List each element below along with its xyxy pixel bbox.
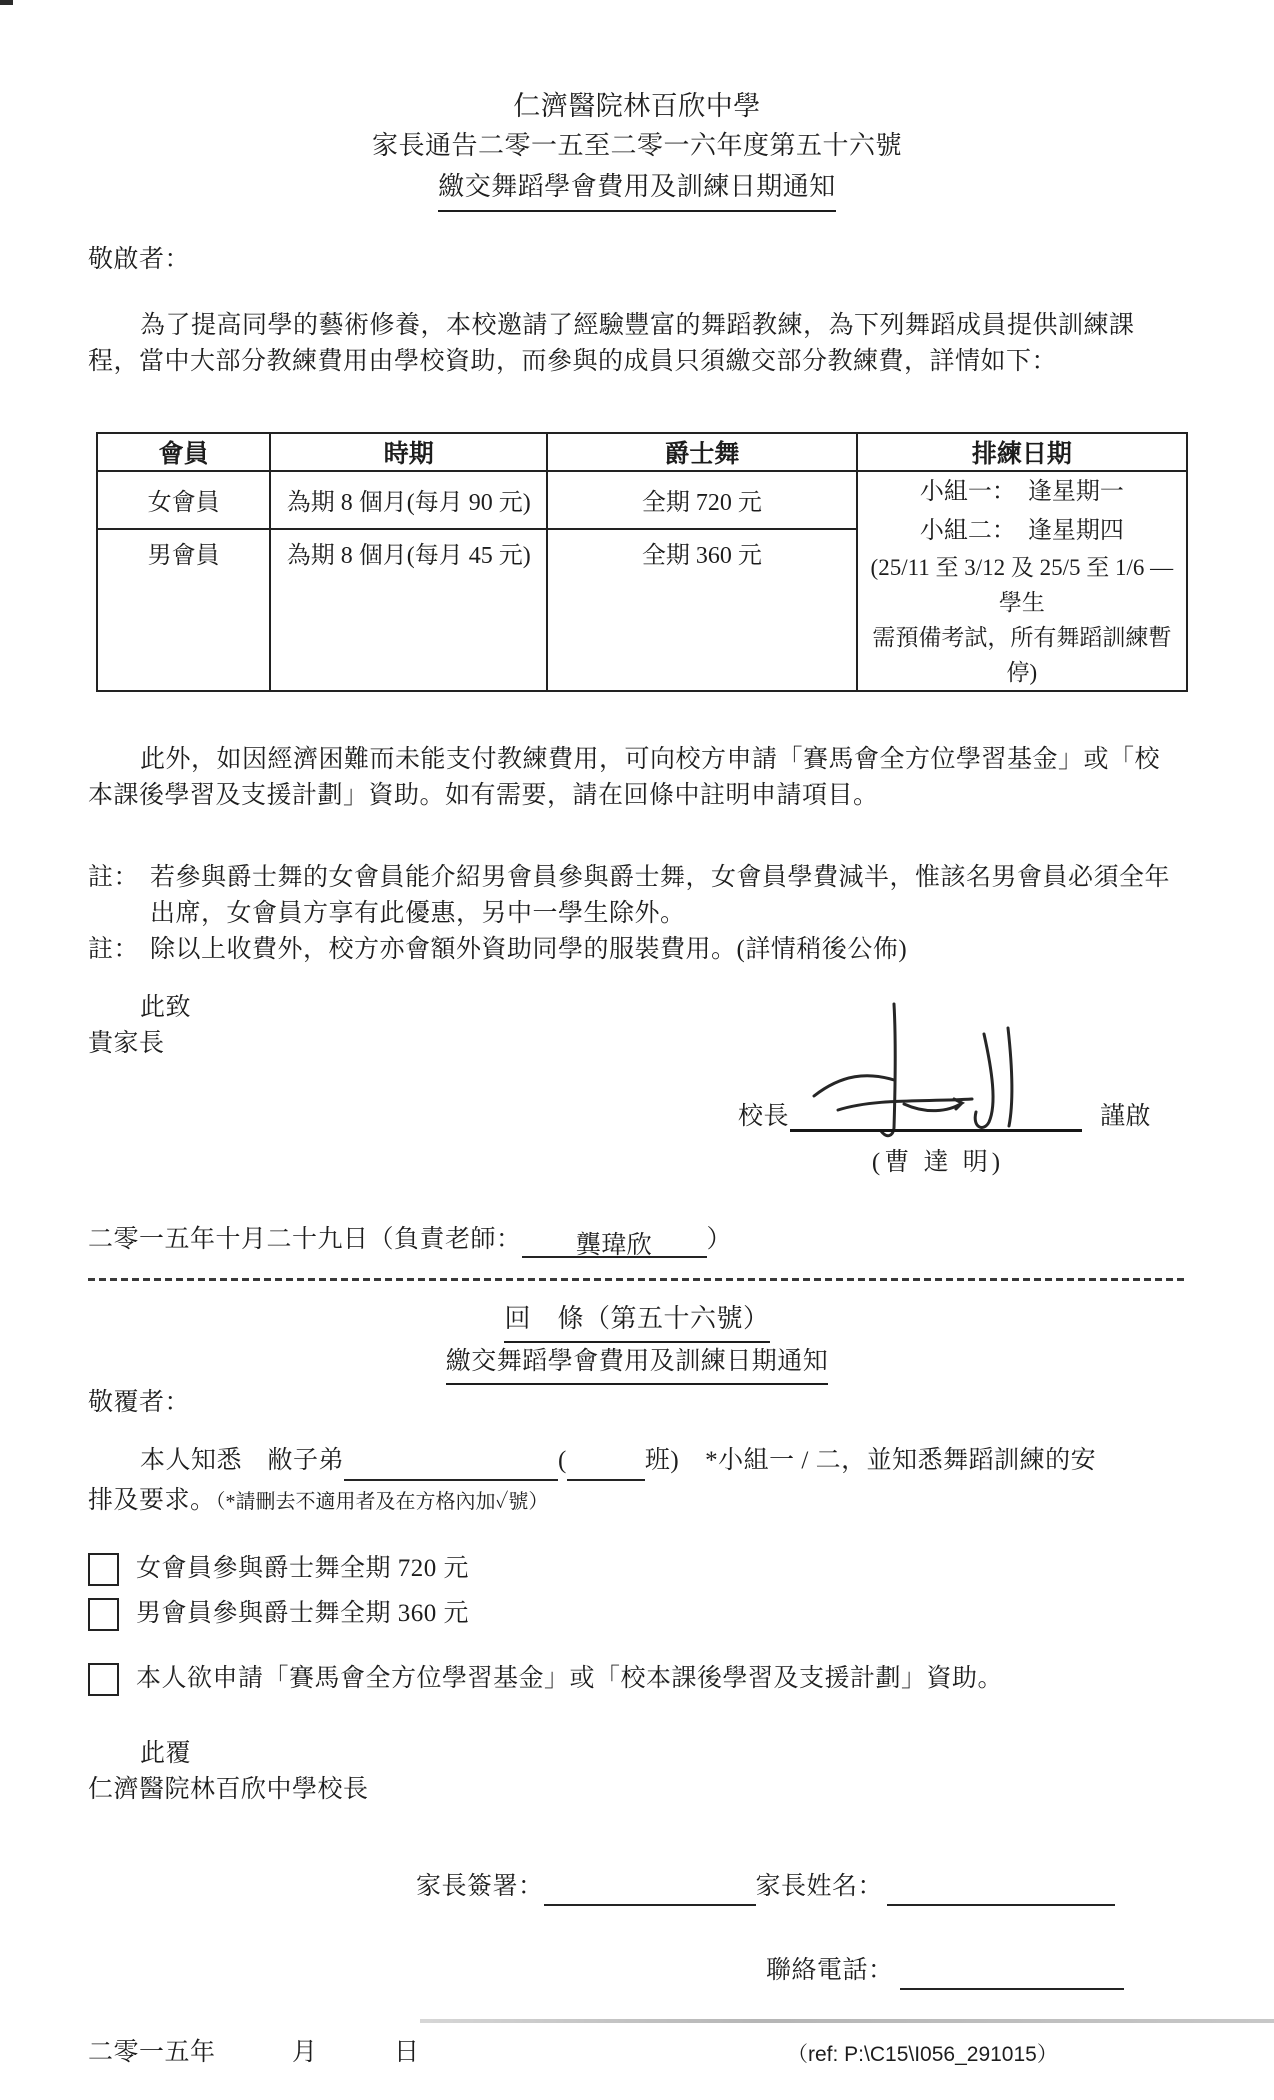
teacher-name: 龔瑋欣 bbox=[522, 1228, 707, 1258]
signature-block: 校長 謹啟 (曹 達 明) bbox=[88, 1062, 1186, 1184]
parent-signature-blank bbox=[544, 1876, 756, 1906]
fee-table: 會員 時期 爵士舞 排練日期 女會員 為期 8 個月(每月 90 元) 全期 7… bbox=[96, 432, 1188, 692]
female-fee-cell: 全期 720 元 bbox=[547, 471, 857, 529]
reply-slip-title-text: 回 條（第五十六號） bbox=[504, 1299, 769, 1343]
scan-artifact-line bbox=[420, 2019, 1274, 2023]
schedule-group-1: 小組一： 逢星期一 bbox=[864, 472, 1180, 512]
female-period-cell: 為期 8 個月(每月 90 元) bbox=[270, 471, 547, 529]
parent-sign-row: 家長簽署：家長姓名： bbox=[416, 1868, 1186, 1906]
checkbox-female-jazz[interactable] bbox=[88, 1553, 119, 1586]
respect-label: 謹啟 bbox=[1100, 1096, 1151, 1132]
col-header-jazz: 爵士舞 bbox=[547, 433, 857, 471]
reply-closing-recipient: 仁濟醫院林百欣中學校長 bbox=[88, 1772, 1186, 1808]
male-period-cell: 為期 8 個月(每月 45 元) bbox=[270, 529, 547, 691]
schedule-group-2: 小組二： 逢星期四 bbox=[864, 512, 1180, 550]
reply-salutation: 敬覆者： bbox=[88, 1385, 1186, 1421]
reply-seg-3: 班) bbox=[645, 1447, 679, 1474]
parent-name-blank bbox=[887, 1876, 1115, 1906]
class-blank bbox=[567, 1451, 645, 1481]
col-header-schedule: 排練日期 bbox=[857, 433, 1187, 471]
student-name-blank bbox=[344, 1451, 558, 1481]
subsidy-line-2: 本課後學習及支援計劃」資助。如有需要，請在回條中註明申請項目。 bbox=[88, 778, 1186, 814]
col-header-member: 會員 bbox=[97, 433, 270, 471]
reply-closing-cifu: 此覆 bbox=[88, 1736, 1186, 1772]
reply-body: 本人知悉 敝子弟(班)*小組一 / 二，並知悉舞蹈訓練的安 排及要求。（*請刪去… bbox=[88, 1441, 1186, 1522]
issue-date-suffix: ） bbox=[707, 1226, 733, 1253]
issue-date-line: 二零一五年十月二十九日（負責老師：龔瑋欣） bbox=[88, 1222, 1186, 1258]
parent-signature-label: 家長簽署： bbox=[416, 1873, 544, 1900]
option-subsidy-label: 本人欲申請「賽馬會全方位學習基金」或「校本課後學習及支援計劃」資助。 bbox=[136, 1662, 1003, 1696]
notes-section: 註： 若參與爵士舞的女會員能介紹男會員參與爵士舞，女會員學費減半，惟該名男會員必… bbox=[88, 860, 1186, 968]
note-1-text: 若參與爵士舞的女會員能介紹男會員參與爵士舞，女會員學費減半，惟該名男會員必須全年… bbox=[150, 860, 1186, 932]
schedule-cell: 小組一： 逢星期一 小組二： 逢星期四 (25/11 至 3/12 及 25/5… bbox=[857, 471, 1187, 691]
reply-seg-2: ( bbox=[558, 1447, 567, 1474]
col-header-period: 時期 bbox=[270, 433, 547, 471]
note-2-label: 註： bbox=[88, 932, 150, 968]
reply-slip-subject: 繳交舞蹈學會費用及訓練日期通知 bbox=[88, 1343, 1186, 1385]
salutation: 敬啟者： bbox=[88, 242, 1186, 278]
intro-paragraph: 為了提高同學的藝術修養，本校邀請了經驗豐富的舞蹈教練，為下列舞蹈成員提供訓練課 … bbox=[88, 308, 1186, 380]
reply-slip-subject-text: 繳交舞蹈學會費用及訓練日期通知 bbox=[446, 1343, 829, 1385]
note-2-text: 除以上收費外，校方亦會額外資助同學的服裝費用。(詳情稍後公佈) bbox=[150, 932, 1186, 968]
reply-date-blank: 二零一五年 月 日 bbox=[88, 2039, 420, 2066]
schedule-exam-note-2: 需預備考試，所有舞蹈訓練暫停) bbox=[864, 620, 1180, 690]
scanned-notice-page: 仁濟醫院林百欣中學 家長通告二零一五至二零一六年度第五十六號 繳交舞蹈學會費用及… bbox=[0, 0, 1274, 2100]
option-male-jazz: 男會員參與爵士舞全期 360 元 bbox=[88, 1597, 1186, 1631]
option-subsidy: 本人欲申請「賽馬會全方位學習基金」或「校本課後學習及支援計劃」資助。 bbox=[88, 1662, 1186, 1696]
bottom-row: 二零一五年 月 日 （ref: P:\C15\I056_291015） bbox=[88, 2034, 1186, 2072]
delete-inapplicable-note: （*請刪去不適用者及在方格內加✓號） bbox=[216, 1491, 549, 1513]
checkbox-male-jazz[interactable] bbox=[88, 1598, 119, 1631]
option-female-jazz: 女會員參與爵士舞全期 720 元 bbox=[88, 1552, 1186, 1586]
male-fee-cell: 全期 360 元 bbox=[547, 529, 857, 691]
notice-number: 家長通告二零一五至二零一六年度第五十六號 bbox=[88, 126, 1186, 166]
phone-blank bbox=[900, 1960, 1124, 1990]
options-list: 女會員參與爵士舞全期 720 元 男會員參與爵士舞全期 360 元 本人欲申請「… bbox=[88, 1552, 1186, 1696]
cut-line-divider bbox=[88, 1278, 1186, 1281]
male-member-cell: 男會員 bbox=[97, 529, 270, 691]
subsidy-paragraph: 此外，如因經濟困難而未能支付教練費用，可向校方申請「賽馬會全方位學習基金」或「校… bbox=[88, 742, 1186, 814]
reply-seg-4: *小組一 / 二，並知悉舞蹈訓練的安 bbox=[705, 1447, 1096, 1474]
school-name: 仁濟醫院林百欣中學 bbox=[88, 86, 1186, 126]
intro-line-1: 為了提高同學的藝術修養，本校邀請了經驗豐富的舞蹈教練，為下列舞蹈成員提供訓練課 bbox=[88, 308, 1186, 344]
parent-name-label: 家長姓名： bbox=[756, 1873, 884, 1900]
principal-name: (曹 達 明) bbox=[848, 1142, 1028, 1178]
reply-seg-1: 本人知悉 敝子弟 bbox=[140, 1447, 344, 1474]
fee-table-header-row: 會員 時期 爵士舞 排練日期 bbox=[97, 433, 1187, 471]
notice-subject-text: 繳交舞蹈學會費用及訓練日期通知 bbox=[438, 166, 836, 212]
issue-date-prefix: 二零一五年十月二十九日（負責老師： bbox=[88, 1226, 522, 1253]
principal-title-label: 校長 bbox=[738, 1096, 789, 1132]
table-row-female: 女會員 為期 8 個月(每月 90 元) 全期 720 元 小組一： 逢星期一 … bbox=[97, 471, 1187, 529]
phone-row: 聯絡電話： bbox=[766, 1952, 1186, 1990]
reply-line2-text: 排及要求。 bbox=[88, 1487, 216, 1514]
scan-artifact-corner bbox=[0, 0, 13, 5]
option-female-jazz-label: 女會員參與爵士舞全期 720 元 bbox=[136, 1552, 469, 1586]
checkbox-subsidy[interactable] bbox=[88, 1663, 119, 1696]
note-2: 註： 除以上收費外，校方亦會額外資助同學的服裝費用。(詳情稍後公佈) bbox=[88, 932, 1186, 968]
option-male-jazz-label: 男會員參與爵士舞全期 360 元 bbox=[136, 1597, 469, 1631]
subsidy-line-1: 此外，如因經濟困難而未能支付教練費用，可向校方申請「賽馬會全方位學習基金」或「校 bbox=[88, 742, 1186, 778]
note-1: 註： 若參與爵士舞的女會員能介紹男會員參與爵士舞，女會員學費減半，惟該名男會員必… bbox=[88, 860, 1186, 932]
reply-body-line-1: 本人知悉 敝子弟(班)*小組一 / 二，並知悉舞蹈訓練的安 bbox=[88, 1441, 1186, 1481]
notice-subject: 繳交舞蹈學會費用及訓練日期通知 bbox=[88, 166, 1186, 212]
intro-line-2: 程，當中大部分教練費用由學校資助，而參與的成員只須繳交部分教練費，詳情如下： bbox=[88, 344, 1186, 380]
reply-body-line-2: 排及要求。（*請刪去不適用者及在方格內加✓號） bbox=[88, 1481, 1186, 1522]
principal-signature-line bbox=[790, 1096, 1082, 1132]
file-reference: （ref: P:\C15\I056_291015） bbox=[787, 2036, 1058, 2074]
phone-label: 聯絡電話： bbox=[766, 1957, 894, 1984]
note-1-label: 註： bbox=[88, 860, 150, 932]
female-member-cell: 女會員 bbox=[97, 471, 270, 529]
reply-slip-title: 回 條（第五十六號） bbox=[88, 1299, 1186, 1343]
schedule-exam-note-1: (25/11 至 3/12 及 25/5 至 1/6 — 學生 bbox=[864, 550, 1180, 620]
